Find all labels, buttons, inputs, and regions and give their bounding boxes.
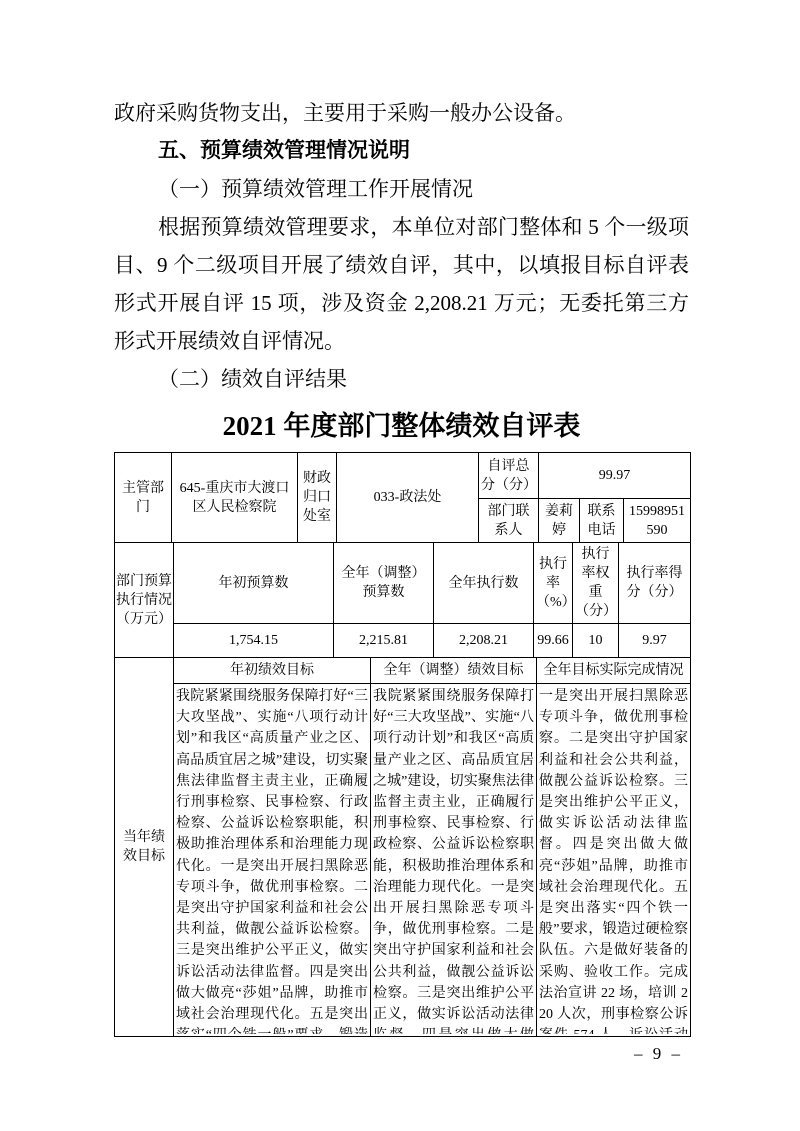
col-header-initial-budget: 年初预算数	[174, 543, 334, 624]
subsection-1-heading: （一）预算绩效管理工作开展情况	[114, 170, 689, 208]
cell-initial-goal-text: 我院紧紧围绕服务保障打好“三大攻坚战”、实施“八项行动计划”和我区“高质量产业之…	[174, 684, 371, 1037]
cell-fiscal-office-label: 财政归口处室	[298, 453, 337, 543]
table-section-budget-execution: 部门预算执行情况（万元） 年初预算数 全年（调整）预算数 全年执行数 执行率（%…	[114, 542, 691, 658]
cell-execution-rate-value: 99.66	[534, 624, 573, 658]
col-header-execution-rate: 执行率（%）	[534, 543, 573, 624]
col-header-initial-goal: 年初绩效目标	[174, 658, 371, 684]
col-header-rate-score: 执行率得分（分）	[619, 543, 691, 624]
document-page: 政府采购货物支出，主要用于采购一般办公设备。 五、预算绩效管理情况说明 （一）预…	[0, 0, 800, 1131]
paragraph-self-evaluation: 根据预算绩效管理要求，本单位对部门整体和 5 个一级项目、9 个二级项目开展了绩…	[114, 208, 689, 360]
table-section-performance-goals: 当年绩效目标 年初绩效目标 全年（调整）绩效目标 全年目标实际完成情况 我院紧紧…	[114, 657, 691, 1037]
cell-phone-label: 联系电话	[580, 499, 624, 543]
initial-goal-paragraph: 我院紧紧围绕服务保障打好“三大攻坚战”、实施“八项行动计划”和我区“高质量产业之…	[176, 686, 368, 1034]
col-header-adjusted-budget: 全年（调整）预算数	[334, 543, 434, 624]
cell-goals-section-label: 当年绩效目标	[115, 658, 174, 1037]
subsection-2-heading: （二）绩效自评结果	[114, 360, 689, 398]
cell-fiscal-office-value: 033-政法处	[337, 453, 479, 543]
cell-budget-section-label: 部门预算执行情况（万元）	[115, 543, 174, 658]
cell-rate-weight-value: 10	[573, 624, 619, 658]
cell-contact-label: 部门联系人	[479, 499, 539, 543]
cell-actual-completion-text: 一是突出开展扫黑除恶专项斗争，做优刑事检察。二是突出守护国家利益和社会公共利益，…	[537, 684, 691, 1037]
cell-rate-score-value: 9.97	[619, 624, 691, 658]
cell-adjusted-budget-value: 2,215.81	[334, 624, 434, 658]
cell-self-score-value: 99.97	[539, 453, 691, 499]
paragraph-procurement: 政府采购货物支出，主要用于采购一般办公设备。	[114, 94, 689, 132]
cell-initial-budget-value: 1,754.15	[174, 624, 334, 658]
col-header-actual-completion: 全年目标实际完成情况	[537, 658, 691, 684]
section-heading: 五、预算绩效管理情况说明	[114, 132, 689, 170]
actual-completion-paragraph: 一是突出开展扫黑除恶专项斗争，做优刑事检察。二是突出守护国家利益和社会公共利益，…	[539, 686, 688, 1034]
cell-phone-number: 15998951590	[624, 499, 691, 543]
adjusted-goal-paragraph: 我院紧紧围绕服务保障打好“三大攻坚战”、实施“八项行动计划”和我区“高质量产业之…	[373, 686, 534, 1034]
cell-executed-amount-value: 2,208.21	[434, 624, 534, 658]
table-section-department: 主管部门 645-重庆市大渡口区人民检察院 财政归口处室 033-政法处 自评总…	[114, 452, 691, 543]
page-number: – 9 –	[634, 1044, 683, 1064]
col-header-executed-amount: 全年执行数	[434, 543, 534, 624]
document-content: 政府采购货物支出，主要用于采购一般办公设备。 五、预算绩效管理情况说明 （一）预…	[114, 94, 689, 1037]
cell-adjusted-goal-text: 我院紧紧围绕服务保障打好“三大攻坚战”、实施“八项行动计划”和我区“高质量产业之…	[371, 684, 537, 1037]
cell-self-score-label: 自评总分（分）	[479, 453, 539, 499]
cell-supervisor-label: 主管部门	[115, 453, 172, 543]
table-title: 2021 年度部门整体绩效自评表	[114, 408, 689, 444]
col-header-rate-weight: 执行率权重（分）	[573, 543, 619, 624]
cell-contact-name: 姜莉婷	[539, 499, 580, 543]
col-header-adjusted-goal: 全年（调整）绩效目标	[371, 658, 537, 684]
cell-supervisor-value: 645-重庆市大渡口区人民检察院	[172, 453, 298, 543]
